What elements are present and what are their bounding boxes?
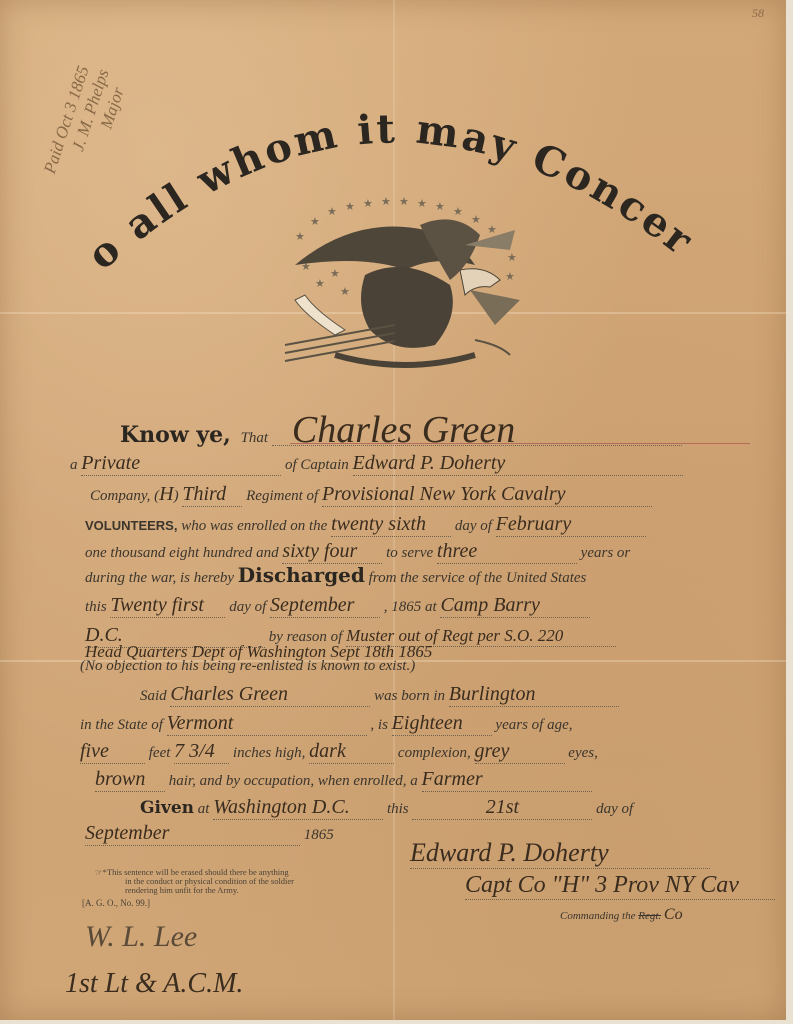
years-of-age-label: years of age,: [495, 717, 572, 733]
eyes-label: eyes,: [568, 745, 598, 761]
svg-text:★: ★: [471, 213, 481, 226]
company-label: Company, (: [90, 488, 159, 504]
regiment-label: Regiment of: [246, 488, 318, 504]
svg-text:★: ★: [399, 195, 409, 208]
know-ye-label: Know ye,: [120, 422, 231, 448]
this-label: this: [85, 599, 107, 615]
commanding-unit: Co: [664, 906, 683, 923]
commander-signature: Edward P. Doherty: [410, 838, 710, 869]
complexion-label: complexion,: [398, 745, 471, 761]
enrolled-label: who was enrolled on the: [181, 518, 327, 534]
discharge-certificate-paper: 58 Paid Oct 3 1865 J. M. Phelps Major To…: [0, 0, 786, 1020]
eyes-field: grey: [475, 740, 565, 764]
eagle-emblem-icon: ★★★★ ★★★★ ★★★★ ★★★★ ★★★: [275, 195, 535, 400]
svg-text:★: ★: [363, 197, 373, 210]
from-service-label: from the service of the United States: [369, 570, 587, 586]
enrolled-month-field: February: [496, 513, 646, 537]
company-field: H: [159, 483, 173, 505]
is-label: , is: [370, 717, 388, 733]
discharge-day-field: Twenty first: [110, 594, 225, 618]
svg-text:★: ★: [310, 215, 320, 228]
during-war-label: during the war, is hereby: [85, 570, 234, 586]
given-line: Given at Washington D.C. this 21st day o…: [140, 796, 633, 820]
term-field: three: [437, 540, 577, 564]
discharge-year-label: , 1865: [384, 599, 422, 615]
form-number: [A. G. O., No. 99.]: [82, 898, 150, 908]
year-prefix-label: one thousand eight hundred and: [85, 545, 279, 561]
to-serve-label: to serve: [386, 545, 433, 561]
given-day-field: 21st: [412, 796, 592, 820]
hair-field: brown: [95, 768, 165, 792]
occupation-line: brown hair, and by occupation, when enro…: [95, 768, 592, 792]
given-month-line: September 1865: [85, 822, 334, 846]
hair-label: hair, and by occupation, when enrolled, …: [169, 773, 418, 789]
said-name-field: Charles Green: [170, 683, 370, 707]
discharged-line: during the war, is hereby Discharged fro…: [85, 563, 586, 587]
pointing-hand-icon: ☞: [95, 867, 103, 877]
discharge-month-field: September: [270, 594, 380, 618]
state-age-line: in the State of Vermont , is Eighteen ye…: [80, 712, 573, 736]
svg-text:★: ★: [327, 205, 337, 218]
at-label: at: [425, 599, 437, 615]
enrolled-year-line: one thousand eight hundred and sixty fou…: [85, 540, 630, 564]
rank-prefix: a: [70, 457, 78, 473]
given-year-label: 1865: [304, 827, 334, 843]
svg-text:★: ★: [381, 195, 391, 208]
given-label: Given: [140, 798, 194, 818]
given-month-field: September: [85, 822, 300, 846]
svg-text:★: ★: [453, 205, 463, 218]
said-label: Said: [140, 688, 167, 704]
inches-label: inches high,: [233, 745, 306, 761]
svg-text:★: ★: [315, 277, 325, 290]
commander-title-block: Capt Co "H" 3 Prov NY Cav: [465, 872, 775, 900]
svg-text:★: ★: [330, 267, 340, 280]
rank-field: Private: [81, 452, 281, 476]
company-close: ): [174, 488, 179, 504]
red-rule: [290, 443, 750, 444]
svg-text:★: ★: [507, 251, 517, 264]
of-captain-label: of Captain: [285, 457, 349, 473]
commander-signature-block: Edward P. Doherty: [410, 838, 710, 869]
inches-field: 7 3/4: [174, 740, 229, 764]
in-state-label: in the State of: [80, 717, 163, 733]
discharge-date-line: this Twenty first day of September , 186…: [85, 594, 590, 618]
mustering-officer-title: 1st Lt & A.C.M.: [65, 968, 243, 1000]
feet-label: feet: [149, 745, 171, 761]
regiment-number-field: Third: [182, 483, 242, 507]
this-label: this: [387, 801, 409, 817]
svg-text:★: ★: [417, 197, 427, 210]
soldier-name-field: Charles Green: [272, 415, 682, 446]
svg-text:★: ★: [505, 270, 515, 283]
discharge-place-field: Camp Barry: [440, 594, 590, 618]
enrolled-day-field: twenty sixth: [331, 513, 451, 537]
birthplace-line: Said Charles Green was born in Burlingto…: [140, 683, 619, 707]
no-objection-note: (No objection to his being re-enlisted i…: [80, 658, 415, 675]
svg-text:★: ★: [487, 223, 497, 236]
given-place-field: Washington D.C.: [213, 796, 383, 820]
at-label: at: [198, 801, 210, 817]
company-line: Company, (H) Third Regiment of Provision…: [90, 483, 652, 507]
physical-line: five feet 7 3/4 inches high, dark comple…: [80, 740, 598, 764]
day-of-label: day of: [596, 801, 633, 817]
commander-title-signature: Capt Co "H" 3 Prov NY Cav: [465, 872, 775, 900]
occupation-field: Farmer: [422, 768, 592, 792]
that-label: That: [241, 430, 269, 446]
svg-text:★: ★: [345, 200, 355, 213]
years-or-label: years or: [581, 545, 631, 561]
commanding-label: Commanding the: [560, 910, 635, 922]
enrolled-line: VOLUNTEERS, who was enrolled on the twen…: [85, 513, 646, 537]
volunteers-label: VOLUNTEERS,: [85, 518, 177, 533]
state-field: Vermont: [167, 712, 367, 736]
age-field: Eighteen: [392, 712, 492, 736]
complexion-field: dark: [309, 740, 394, 764]
day-of-label: day of: [455, 518, 492, 534]
born-in-label: was born in: [374, 688, 445, 704]
regiment-name-field: Provisional New York Cavalry: [322, 483, 652, 507]
day-of-label: day of: [229, 599, 266, 615]
rank-line: a Private of Captain Edward P. Doherty: [70, 452, 683, 476]
captain-name-field: Edward P. Doherty: [353, 452, 683, 476]
svg-text:★: ★: [435, 200, 445, 213]
enrolled-year-field: sixty four: [282, 540, 382, 564]
feet-field: five: [80, 740, 145, 764]
footnote-line: rendering him unfit for the Army.: [95, 886, 294, 895]
commanding-struck-text: Regt.: [638, 910, 661, 922]
svg-text:★: ★: [295, 230, 305, 243]
footnote: ☞*This sentence will be erased should th…: [95, 868, 294, 895]
svg-text:★: ★: [340, 285, 350, 298]
commanding-line: Commanding the Regt. Co: [560, 906, 683, 924]
birthplace-field: Burlington: [449, 683, 619, 707]
mustering-officer-signature: W. L. Lee: [85, 920, 197, 954]
discharged-label: Discharged: [238, 563, 365, 587]
